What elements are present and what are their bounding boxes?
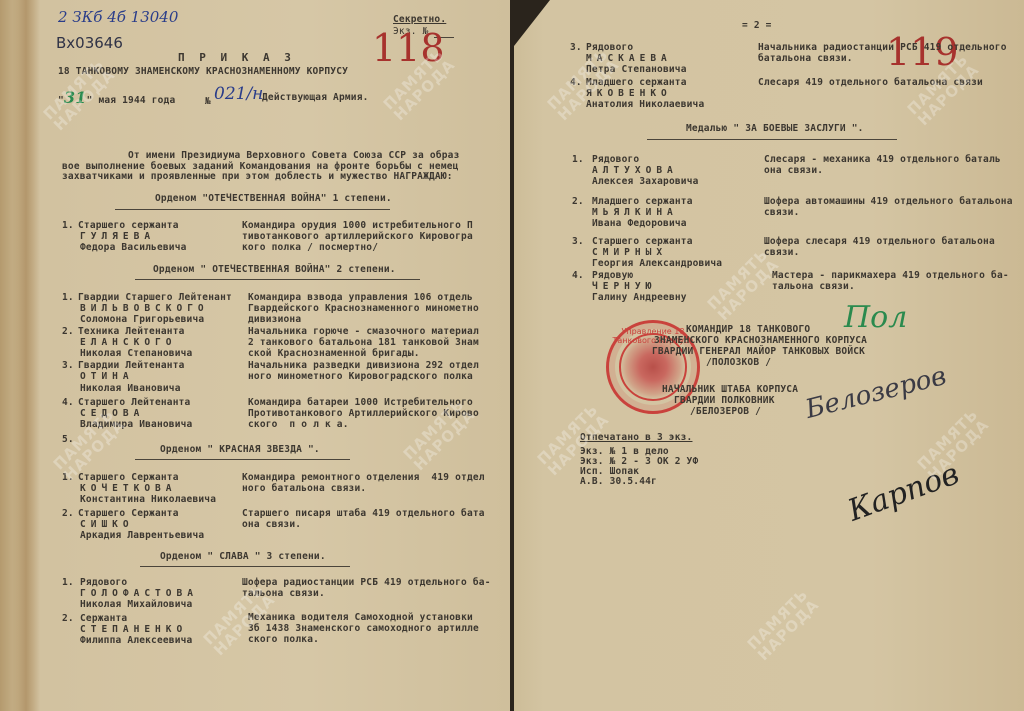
entry-position: Шофера автомашины 419 отдельного батальо… xyxy=(764,196,1013,208)
commander-name: /ПОЛОЗКОВ / xyxy=(706,357,771,369)
entry-number: 1. xyxy=(62,577,74,589)
entry-number: 3. xyxy=(62,360,74,372)
entry-number: 2. xyxy=(62,613,74,625)
entry-name: Федора Васильевича xyxy=(80,242,187,254)
section-heading: Медалью " ЗА БОЕВЫЕ ЗАСЛУГИ ". xyxy=(686,123,864,135)
archive-mark-1: 2 ЗКб 4б 13040 xyxy=(58,8,178,26)
entry-number: 2. xyxy=(572,196,584,208)
section-rule xyxy=(140,566,350,567)
section-heading: Орденом " СЛАВА " 3 степени. xyxy=(160,551,326,563)
entry-number: 3. xyxy=(572,236,584,248)
entry-number: 1. xyxy=(572,154,584,166)
entry-number: 3. xyxy=(570,42,582,54)
entry-number: 4. xyxy=(572,270,584,282)
order-title: П Р И К А З xyxy=(178,52,295,64)
entry-position: ского п о л к а. xyxy=(248,419,349,431)
entry-position: она связи. xyxy=(764,165,823,177)
entry-number: 1. xyxy=(62,220,74,232)
entry-name: Алексея Захаровича xyxy=(592,176,699,188)
section-rule xyxy=(135,279,420,280)
commander-signature: Пол xyxy=(844,300,907,335)
entry-name: Галину Андреевну xyxy=(592,292,687,304)
entry-position: дивизиона xyxy=(248,314,301,326)
entry-name: Николая Михайловича xyxy=(80,599,192,611)
entry-number: 2. xyxy=(62,508,74,520)
entry-position: тальона связи. xyxy=(772,281,855,293)
section-heading: Орденом " ОТЕЧЕСТВЕННАЯ ВОЙНА" 2 степени… xyxy=(153,264,396,276)
section-rule xyxy=(647,139,897,140)
left-page: 2 ЗКб 4б 13040 Вх03646 Секретно. Экз. № … xyxy=(0,0,510,711)
entry-position: батальона связи. xyxy=(758,53,853,65)
entry-name: Аркадия Лаврентьевича xyxy=(80,530,204,542)
entry-name: Филиппа Алексеевича xyxy=(80,635,192,647)
entry-position: ного батальона связи. xyxy=(242,483,366,495)
entry-position: ской Краснознаменной бригады. xyxy=(248,348,420,360)
order-number-prefix: № xyxy=(205,96,211,108)
entry-number: 1. xyxy=(62,292,74,304)
section-rule xyxy=(115,209,390,210)
classification-label: Секретно. xyxy=(393,14,446,26)
entry-name: Николая Степановича xyxy=(80,348,192,360)
entry-number: 4. xyxy=(62,397,74,409)
entry-name: Георгия Александровича xyxy=(592,258,722,270)
entry-name: Николая Ивановича xyxy=(80,383,181,395)
entry-position: кого полка / посмертно/ xyxy=(242,242,378,254)
entry-surname: ОТИНА xyxy=(80,371,134,383)
chief-signature: Белозеров xyxy=(803,361,950,425)
section-heading: Орденом " КРАСНАЯ ЗВЕЗДА ". xyxy=(160,444,320,456)
section-heading: Орденом "ОТЕЧЕСТВЕННАЯ ВОЙНА" 1 степени. xyxy=(155,193,392,205)
entry-name: Константина Николаевича xyxy=(80,494,216,506)
entry-name: Ивана Федоровича xyxy=(592,218,687,230)
order-place: Действующая Армия. xyxy=(262,92,369,104)
preamble-line-3: захватчиками и проявленные при этом добл… xyxy=(62,171,453,183)
chief-name: /БЕЛОЗЕРОВ / xyxy=(690,406,761,418)
page-marker: = 2 = xyxy=(742,20,772,32)
entry-name: Анатолия Николаевича xyxy=(586,99,704,111)
entry-number: 2. xyxy=(62,326,74,338)
entry-position: ного минометного Кировоградского полка xyxy=(248,371,473,383)
watermark: ПАМЯТЬ НАРОДА xyxy=(745,587,822,664)
entry-name: Соломона Григорьевича xyxy=(80,314,204,326)
right-page: = 2 = 119 3. Рядового МАСКАЕВА Петра Сте… xyxy=(514,0,1024,711)
archive-mark-2: Вх03646 xyxy=(56,34,123,52)
order-number: 021/н xyxy=(214,84,263,104)
section-rule xyxy=(135,459,350,460)
entry-position: ского полка. xyxy=(248,634,319,646)
entry-position: связи. xyxy=(764,207,800,219)
entry-position: она связи. xyxy=(242,519,301,531)
distribution-line: А.В. 30.5.44г xyxy=(580,476,657,488)
